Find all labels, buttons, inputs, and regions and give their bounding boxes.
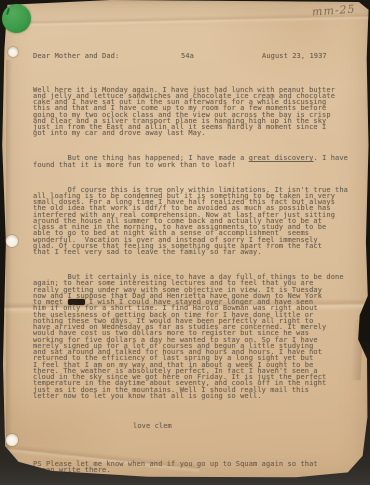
paragraph-1: Well here it is Monday again. I have jus… [33, 87, 358, 137]
pen-mark [6, 8, 10, 15]
signature: love clem [33, 423, 358, 429]
letter-header: Dear Mother and Dad: 54a August 23, 1937 [33, 53, 358, 61]
paragraph-4-text: I wish I could have stayed over longer a… [33, 298, 326, 400]
letter-date: August 23, 1937 [262, 53, 327, 59]
handwritten-annotation: mm-25 [312, 2, 356, 18]
paragraph-4: But it certainly is nice to have a day f… [33, 274, 358, 399]
salutation: Dear Mother and Dad: [33, 52, 119, 60]
paragraph-2: But one thing has happened; I have made … [33, 155, 358, 168]
page-number: 54a [181, 53, 194, 59]
underlined-phrase: great discovery [249, 154, 314, 162]
paragraph-3: Of course this is true only within limit… [33, 187, 358, 256]
hole-punch-middle [6, 235, 18, 247]
letter-body: Dear Mother and Dad: 54a August 23, 1937… [33, 53, 358, 485]
hole-punch-top [8, 47, 18, 57]
letter-paper: mm-25 Dear Mother and Dad: 54a August 23… [0, 0, 370, 485]
crease-line [6, 60, 12, 465]
postscript: PS Please let me know when and if you go… [33, 461, 358, 474]
green-dot-sticker [2, 4, 31, 33]
hole-punch-bottom [6, 434, 18, 446]
